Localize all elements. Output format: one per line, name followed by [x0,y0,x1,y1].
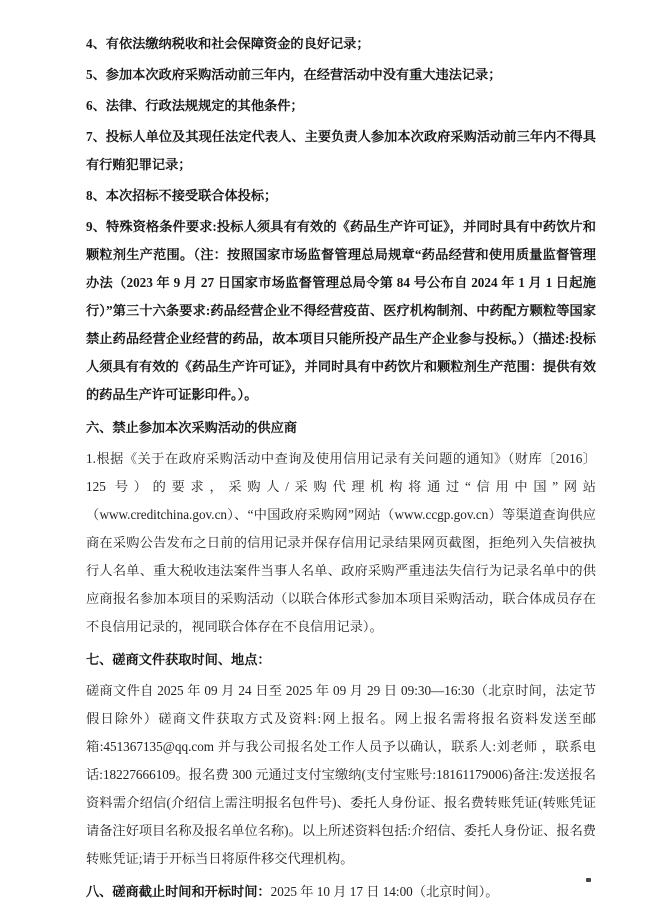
deadline-value: 2025 年 10 月 17 日 14:00（北京时间）。 [271,884,499,899]
paragraph-document-obtain-details: 磋商文件自 2025 年 09 月 24 日至 2025 年 09 月 29 日… [86,677,596,873]
deadline-label: 八、磋商截止时间和开标时间： [86,884,271,899]
condition-item-4: 4、有依法缴纳税收和社会保障资金的良好记录； [86,30,596,58]
section-heading-6-prohibited-suppliers: 六、禁止参加本次采购活动的供应商 [86,414,596,442]
condition-item-6: 6、法律、行政法规规定的其他条件； [86,92,596,120]
condition-item-5: 5、参加本次政府采购活动前三年内，在经营活动中没有重大违法记录； [86,61,596,89]
scan-artifact-dot [586,878,591,882]
paragraph-credit-record-requirements: 1.根据《关于在政府采购活动中查询及使用信用记录有关问题的通知》（财库〔2016… [86,445,596,641]
condition-item-9-special-qualification: 9、特殊资格条件要求:投标人须具有有效的《药品生产许可证》，并同时具有中药饮片和… [86,213,596,409]
condition-item-7: 7、投标人单位及其现任法定代表人、主要负责人参加本次政府采购活动前三年内不得具有… [86,123,596,179]
section-line-8-deadline-and-opening-time: 八、磋商截止时间和开标时间：2025 年 10 月 17 日 14:00（北京时… [86,878,596,906]
condition-item-8: 8、本次招标不接受联合体投标； [86,182,596,210]
document-body: 4、有依法缴纳税收和社会保障资金的良好记录； 5、参加本次政府采购活动前三年内，… [0,0,672,906]
document-page: 4、有依法缴纳税收和社会保障资金的良好记录； 5、参加本次政府采购活动前三年内，… [0,0,672,913]
section-heading-7-document-obtain-time-place: 七、磋商文件获取时间、地点： [86,646,596,674]
